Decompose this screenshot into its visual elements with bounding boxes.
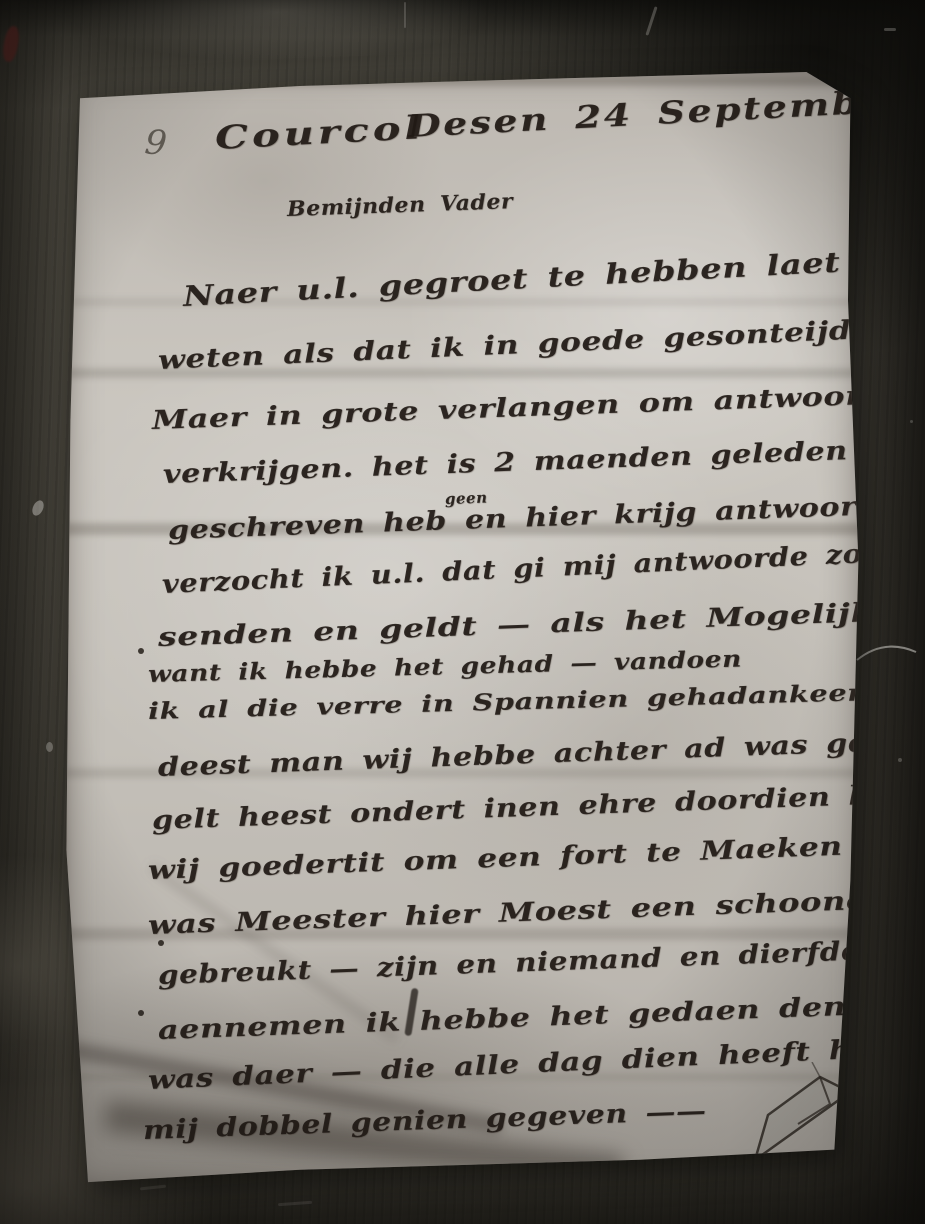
archival-number-mark: 9 bbox=[143, 125, 169, 161]
letter-paper-surface: 9 Courcol Desen 24 September 1809 Bemijn… bbox=[64, 68, 864, 1190]
handwritten-line: aennemen ik hebbe het gedaen den prinde … bbox=[158, 987, 925, 1044]
handwritten-line: gelt heest ondert inen ehre doordien had… bbox=[152, 779, 925, 834]
handwritten-line: mij dobbel genien gegeven —— bbox=[143, 1098, 707, 1144]
handwritten-line: Naer u.l. gegroet te hebben laet ik u.l. bbox=[182, 241, 925, 311]
letter-salutation: Bemijnden Vader bbox=[287, 190, 514, 219]
scratch-mark bbox=[46, 742, 53, 752]
emulsion-blemish bbox=[1, 25, 21, 63]
curved-scratch-mark bbox=[856, 636, 920, 670]
letter-heading-place: Courcol bbox=[214, 111, 425, 154]
fold-crease bbox=[64, 76, 864, 86]
handwritten-line: gebreukt — zijn en niemand en dierfde di… bbox=[158, 936, 925, 989]
scratch-mark bbox=[910, 420, 913, 423]
handwritten-line: want ik hebbe het gehad — vandoen bbox=[148, 647, 742, 686]
scratch-mark bbox=[278, 1201, 312, 1206]
handwritten-line: deest man wij hebbe achter ad was geslag… bbox=[158, 726, 925, 781]
handwritten-line: Maer in grote verlangen om antwoorde te … bbox=[152, 378, 925, 434]
scratch-mark bbox=[404, 2, 406, 28]
scratch-mark bbox=[884, 28, 896, 31]
photo-background: 9 Courcol Desen 24 September 1809 Bemijn… bbox=[0, 0, 925, 1224]
ink-dot bbox=[138, 1010, 144, 1016]
handwritten-line: weten als dat ik in goede gesonteijd ben… bbox=[157, 312, 925, 374]
triangle-doodle bbox=[750, 1062, 855, 1167]
handwritten-line: verzocht ik u.l. dat gi mij antwoorde zo… bbox=[161, 537, 925, 598]
letter-page: 9 Courcol Desen 24 September 1809 Bemijn… bbox=[64, 68, 864, 1190]
handwritten-line: wij goedertit om een fort te Maeken en i… bbox=[148, 830, 925, 884]
scratch-mark bbox=[898, 758, 902, 762]
scratch-mark bbox=[645, 6, 657, 35]
handwritten-line: verkrijgen. het is 2 maenden geleden dat… bbox=[163, 434, 925, 488]
scratch-mark bbox=[30, 499, 46, 518]
ink-dot bbox=[138, 648, 144, 654]
handwritten-line: geschreven heb en hier krijg antwoorde d… bbox=[168, 487, 925, 544]
letter-heading-date: Desen 24 September 1809 bbox=[407, 78, 925, 143]
handwritten-line: was Meester hier Moest een schoone poort… bbox=[148, 883, 925, 939]
handwritten-line: senden en geldt — als het Mogelijk is bbox=[158, 598, 925, 651]
ink-dot bbox=[158, 940, 164, 946]
